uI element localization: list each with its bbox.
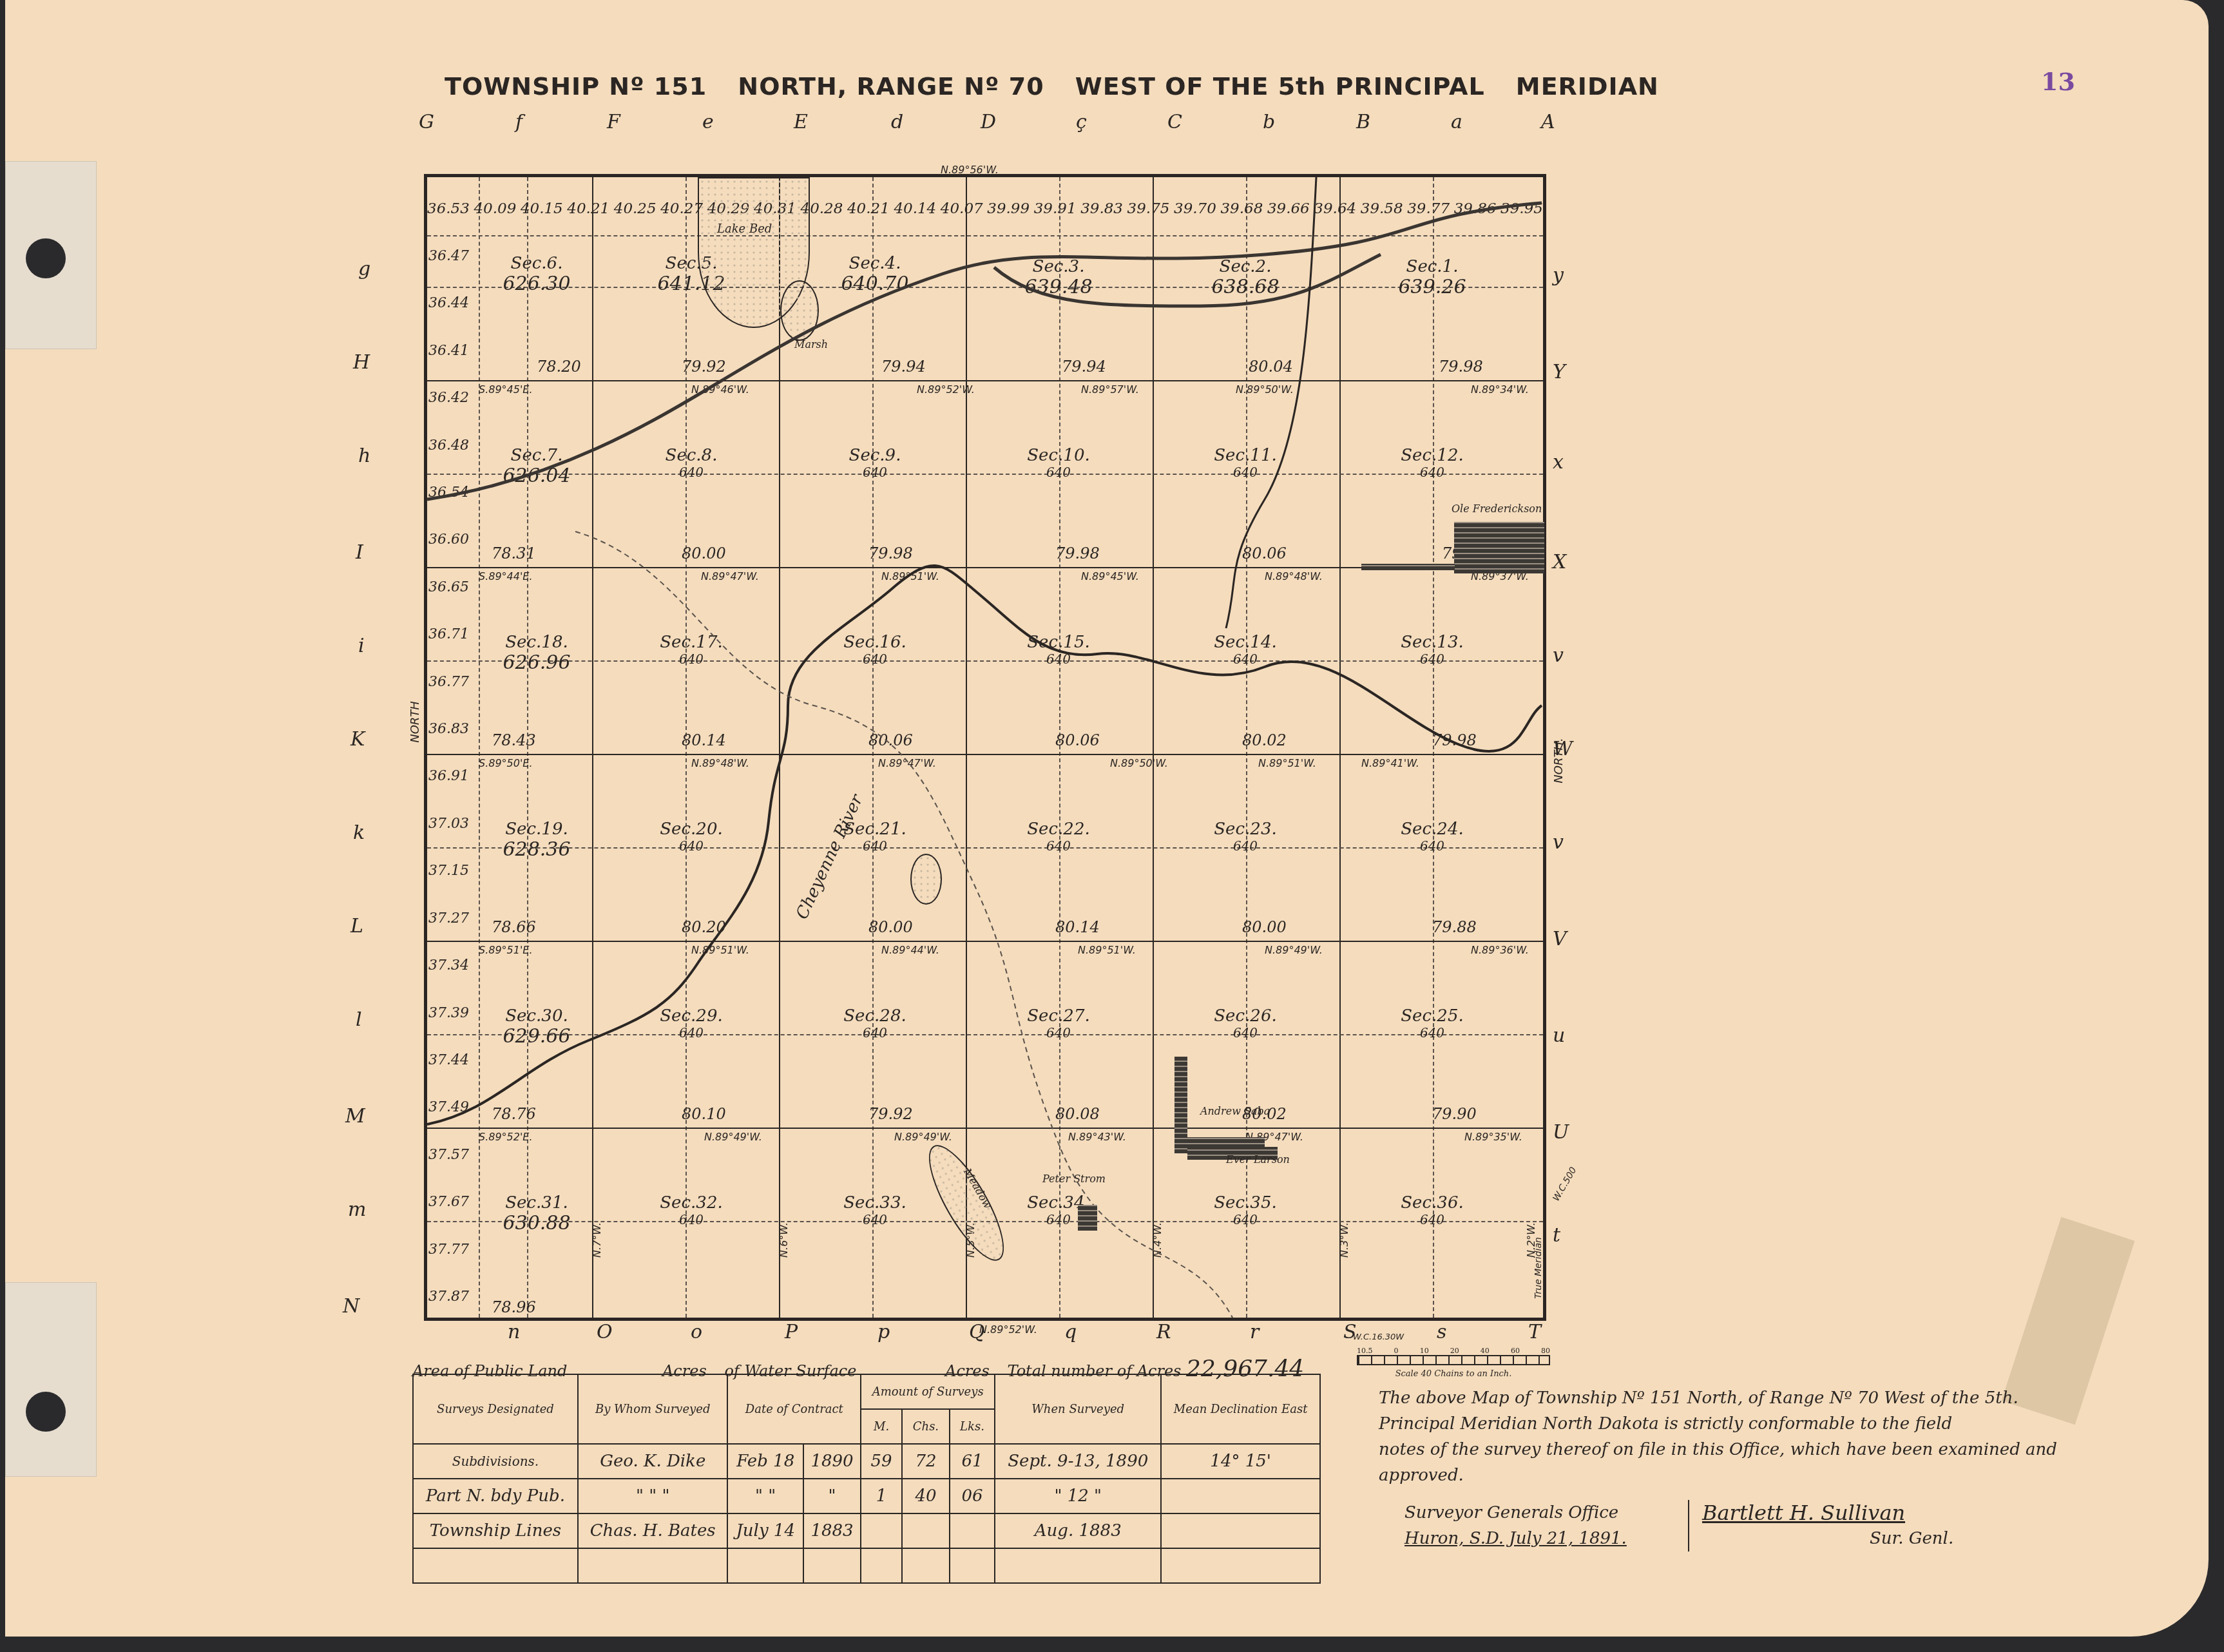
row-label: K [350, 728, 365, 751]
row-label: x [1553, 451, 1564, 474]
scale-caption: Scale 40 Chains to an Inch. [1357, 1369, 1550, 1379]
col-header: Mean Declination East [1161, 1374, 1320, 1444]
table-row: Subdivisions. Geo. K. Dike Feb 18 1890 5… [413, 1444, 1320, 1479]
col-label: d [891, 111, 903, 133]
col-label: ç [1076, 111, 1087, 133]
cell: Aug. 1883 [995, 1513, 1161, 1548]
row-label: U [1553, 1121, 1569, 1144]
col-label: e [702, 111, 714, 133]
row-label: k [353, 821, 365, 844]
cert-line: Principal Meridian North Dakota is stric… [1379, 1411, 2068, 1437]
col-label: B [1356, 111, 1370, 133]
scale-tick: 10.5 [1357, 1347, 1373, 1355]
title-township: TOWNSHIP Nº 151 [445, 72, 707, 101]
row-label: Y [1553, 361, 1566, 383]
col-label: D [981, 111, 996, 133]
cell [902, 1513, 950, 1548]
sub-header: M. [861, 1409, 902, 1444]
cell: " " " [578, 1479, 728, 1513]
scale-tick: 10 [1420, 1347, 1429, 1355]
col-label: E [794, 111, 808, 133]
cell: 1883 [803, 1513, 861, 1548]
cell: Geo. K. Dike [578, 1444, 728, 1479]
col-label: s [1437, 1321, 1446, 1343]
col-header: When Surveyed [995, 1374, 1161, 1444]
cell: Part N. bdy Pub. [413, 1479, 578, 1513]
row-label: v [1553, 831, 1564, 854]
sub-header: Lks. [950, 1409, 995, 1444]
row-label: i [358, 635, 365, 657]
sub-header: Chs. [902, 1409, 950, 1444]
settler-farm [1078, 1205, 1097, 1231]
cell: 1890 [803, 1444, 861, 1479]
scale-tick: 80 [1541, 1347, 1550, 1355]
signer-title: Sur. Genl. [1702, 1526, 1953, 1551]
table-row-empty [413, 1548, 1320, 1583]
cell: Sept. 9-13, 1890 [995, 1444, 1161, 1479]
col-label: G [419, 111, 434, 133]
row-label: v [1553, 644, 1564, 667]
col-label: q [1064, 1321, 1077, 1343]
title-range: NORTH, RANGE Nº 70 [738, 72, 1044, 101]
cell: Chas. H. Bates [578, 1513, 728, 1548]
col-label: r [1250, 1321, 1259, 1343]
certification-text: The above Map of Township Nº 151 North, … [1379, 1385, 2068, 1551]
cert-line: The above Map of Township Nº 151 North, … [1379, 1385, 2068, 1411]
true-meridian-label: True Meridian [1533, 1237, 1544, 1299]
cell: 61 [950, 1444, 995, 1479]
table-row: Township Lines Chas. H. Bates July 14 18… [413, 1513, 1320, 1548]
binding-hole-top [26, 238, 66, 278]
title-west: WEST OF THE 5th PRINCIPAL [1075, 72, 1485, 101]
col-label: A [1541, 111, 1555, 133]
scale-tick: 60 [1511, 1347, 1520, 1355]
table-header-row: Surveys Designated By Whom Surveyed Date… [413, 1374, 1320, 1409]
map-linework [427, 177, 1543, 1318]
col-header: Date of Contract [727, 1374, 861, 1444]
settler-farm [1361, 564, 1455, 570]
township-map: 36.53 40.09 40.15 40.21 40.25 40.27 40.2… [424, 174, 1546, 1321]
table-row: Part N. bdy Pub. " " " " " " 1 40 06 " 1… [413, 1479, 1320, 1513]
map-title: TOWNSHIP Nº 151 NORTH, RANGE Nº 70 WEST … [445, 72, 1681, 101]
col-label: p [877, 1321, 890, 1343]
col-label: R [1156, 1321, 1171, 1343]
cert-line: notes of the survey thereof on file in t… [1379, 1437, 2068, 1488]
cell: Feb 18 [727, 1444, 803, 1479]
col-label: a [1451, 111, 1462, 133]
row-label: m [348, 1198, 366, 1221]
cell: 72 [902, 1444, 950, 1479]
signature: Bartlett H. Sullivan [1702, 1500, 1953, 1526]
cell [861, 1513, 902, 1548]
settler-label: Ole Frederickson [1452, 503, 1542, 515]
title-meridian: MERIDIAN [1516, 72, 1659, 101]
row-label: V [1553, 928, 1567, 950]
row-label: X [1553, 551, 1566, 573]
page-stamp: 13 [2041, 67, 2075, 96]
cell: Subdivisions. [413, 1444, 578, 1479]
cell [950, 1513, 995, 1548]
left-north-label: NORTH [408, 701, 422, 743]
binding-tab-bottom [5, 1282, 97, 1477]
wc-bottom: W.C.16.30W [1353, 1332, 1404, 1342]
survey-table: Surveys Designated By Whom Surveyed Date… [412, 1374, 1321, 1584]
cell: 40 [902, 1479, 950, 1513]
col-label: O [597, 1321, 613, 1343]
cell: 1 [861, 1479, 902, 1513]
row-label: H [353, 351, 370, 374]
cell: " 12 " [995, 1479, 1161, 1513]
place-date: Huron, S.D. July 21, 1891. [1404, 1526, 1688, 1551]
cell: " " [727, 1479, 803, 1513]
cell: 06 [950, 1479, 995, 1513]
scale-tick: 0 [1394, 1347, 1399, 1355]
scale-graphic [1357, 1355, 1550, 1365]
cell: July 14 [727, 1513, 803, 1548]
col-label: f [515, 111, 522, 133]
cell: " [803, 1479, 861, 1513]
col-label: T [1528, 1321, 1541, 1343]
binding-hole-bottom [26, 1392, 66, 1432]
col-label: P [785, 1321, 798, 1343]
settler-label: Andrew Saba [1200, 1105, 1270, 1117]
settler-farm [1454, 522, 1544, 573]
row-label: M [345, 1105, 365, 1128]
row-label: y [1553, 264, 1564, 287]
row-label: I [356, 541, 363, 564]
office-label: Surveyor Generals Office [1404, 1500, 1688, 1526]
settler-label: Ever Larson [1226, 1153, 1290, 1166]
col-label: b [1263, 111, 1275, 133]
cell [1161, 1513, 1320, 1548]
col-header: By Whom Surveyed [578, 1374, 728, 1444]
cell: 14° 15' [1161, 1444, 1320, 1479]
scale-ticks: 10.5 0 10 20 40 60 80 [1357, 1347, 1550, 1355]
right-north-label: NORTH. [1552, 738, 1566, 783]
row-label: u [1553, 1024, 1565, 1047]
col-label: C [1167, 111, 1182, 133]
row-label: t [1553, 1224, 1560, 1247]
row-label: g [358, 258, 370, 280]
col-header: Amount of Surveys [861, 1374, 995, 1409]
col-label: F [607, 111, 620, 133]
row-label: N [343, 1295, 359, 1318]
row-label: h [358, 445, 370, 467]
col-header: Surveys Designated [413, 1374, 578, 1444]
scale-tick: 20 [1450, 1347, 1459, 1355]
cell: 59 [861, 1444, 902, 1479]
cell: Township Lines [413, 1513, 578, 1548]
col-label: o [691, 1321, 702, 1343]
row-label: l [356, 1008, 362, 1031]
settler-label: Peter Strom [1042, 1173, 1106, 1185]
bottom-bearing: N.89°52'W. [979, 1323, 1037, 1336]
scale-tick: 40 [1481, 1347, 1490, 1355]
cell [1161, 1479, 1320, 1513]
scale-bar: 10.5 0 10 20 40 60 80 Scale 40 Chains to… [1357, 1347, 1550, 1379]
row-label: L [350, 915, 363, 937]
col-label: n [508, 1321, 520, 1343]
